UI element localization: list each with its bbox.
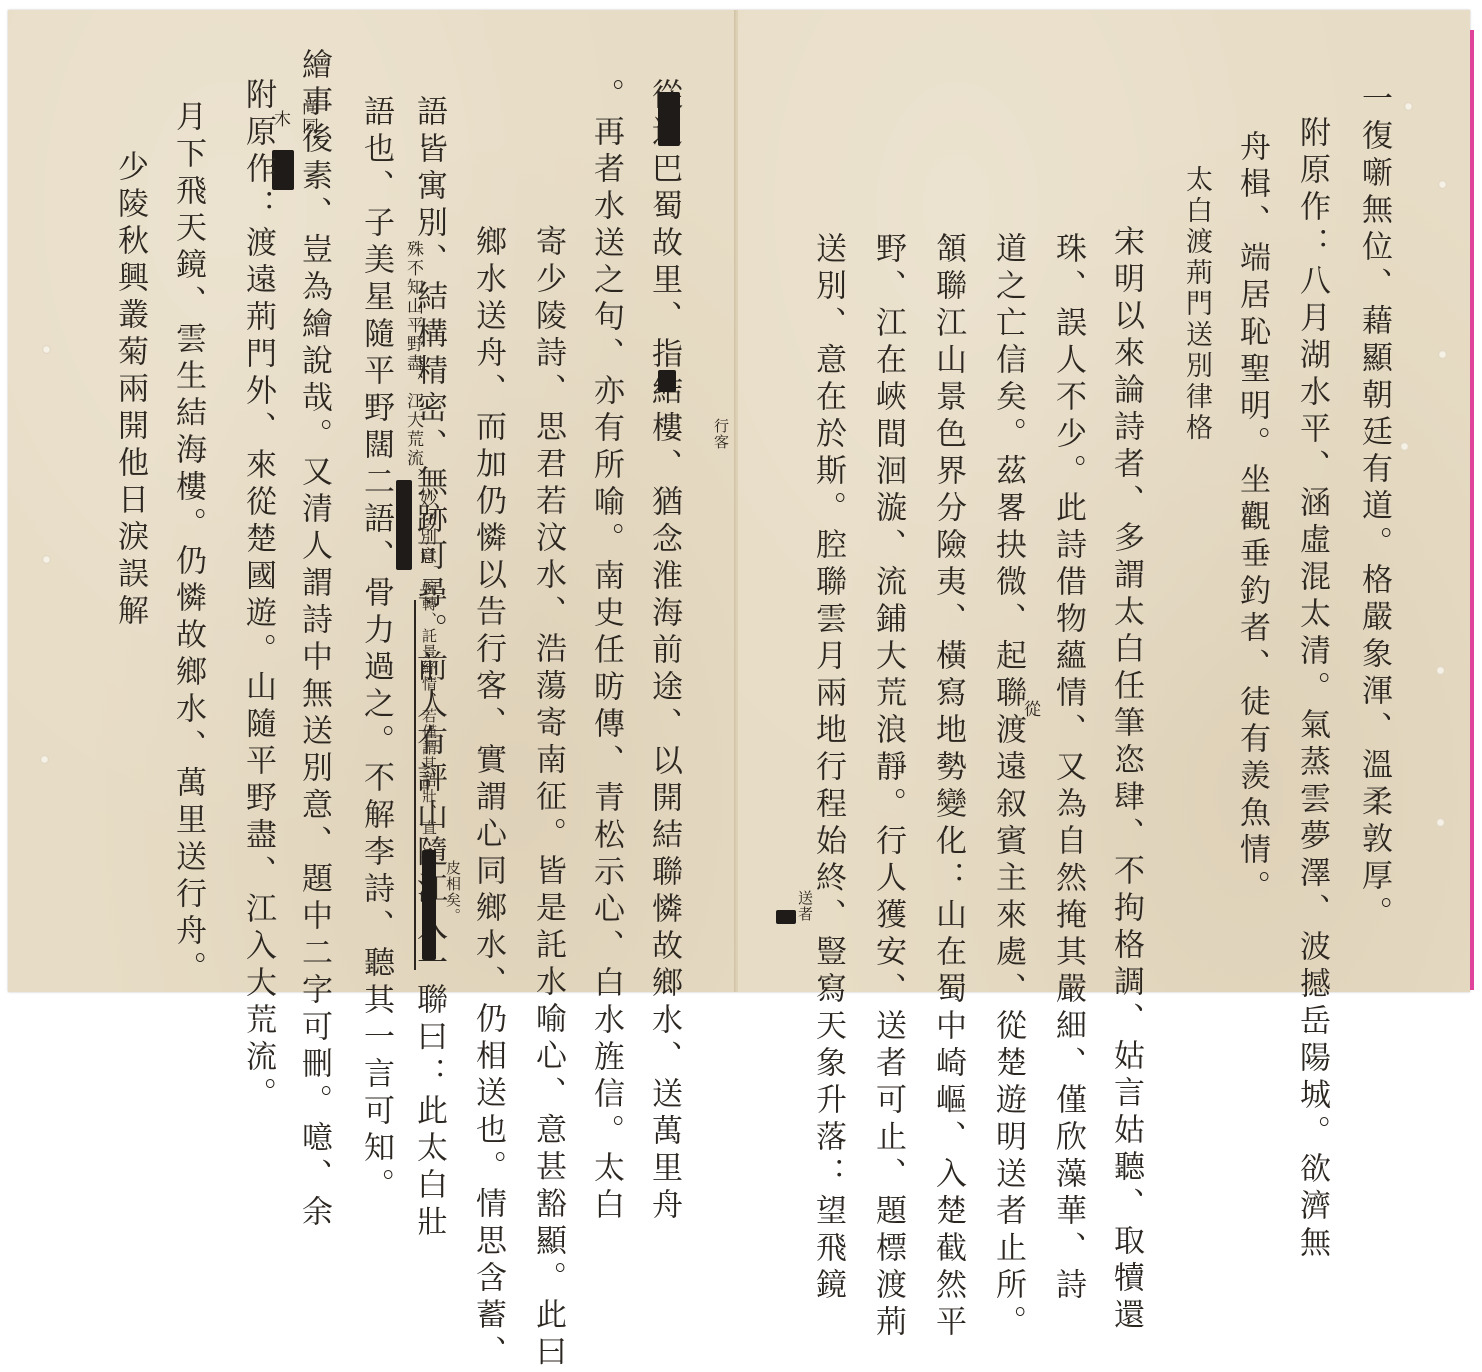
left-column-6: 語也、子美星隨平野闊二語、骨力過之。不解李詩、聽其一言可知。 [358,95,394,1000]
left-page: 從返巴蜀故里、指結樓、猶念淮海前途、以開結聯憐故鄉水、送萬里舟 行客 。再者水送… [8,10,737,992]
binding-hole [42,555,51,564]
left-column-7: 繪事後素、豈為繪說哉。又清人謂詩中無送別意、題中二字可刪。噫、余 [296,48,332,1000]
ink-blot [658,92,680,146]
right-column-10: 送別、意在於斯。腔聯雲月兩地行程始終、豎寫天象升落：望飛鏡 [810,232,846,1000]
manuscript-spread: 從返巴蜀故里、指結樓、猶念淮海前途、以開結聯憐故鄉水、送萬里舟 行客 。再者水送… [8,10,1470,992]
interlinear-note: 殊不知山平野盡、江大荒流、 [403,240,423,487]
bracket-line [414,600,416,970]
binding-hole [1404,102,1413,111]
ink-blot [422,850,436,960]
right-column-2: 附原作：八月湖水平、涵虛混太清。氣蒸雲夢澤、波撼岳陽城。欲濟無 [1294,116,1330,1000]
left-column-2: 。再者水送之句、亦有所喻。南史任昉傳、青松示心、白水旌信。太白 [588,78,624,1000]
left-column-9: 月下飛天鏡、雲生結海樓。仍憐故鄉水、萬里送行舟。 [170,100,206,988]
right-column-9: 野、江在峽間洄漩、流鋪大荒浪靜。行人獲安、送者可止、題標渡荊 [870,232,906,1000]
left-column-4: 鄉水送舟、而加仍憐以告行客、實謂心同鄉水、仍相送也。情思含蓄、 [470,225,506,1000]
right-column-8: 頷聯江山景色界分險夷、橫寫地勢變化：山在蜀中崎嶇、入楚截然平 [930,232,966,1000]
interlinear-note: 尚同 [298,98,318,136]
section-title: 太白渡荊門送別律格 [1178,165,1214,444]
right-column-5: 宋明以來論詩者、多謂太白任筆恣肆、不拘格調、姑言姑聽、取犢還 [1108,225,1144,1000]
interlinear-note: 行客 [712,418,730,450]
binding-hole [1436,666,1445,675]
binding-hole [1438,180,1447,189]
ink-blot [776,910,796,924]
binding-hole [1438,350,1447,359]
interlinear-note: 皮相矣。 [444,860,462,924]
binding-hole [1400,442,1409,451]
right-column-7: 道之亡信矣。茲畧抉微、起聯渡遠叙賓主來處、從楚遊明送者止所。 [990,232,1026,1000]
left-column-3: 寄少陵詩、思君若汶水、浩蕩寄南征。皆是託水喻心、意甚豁顯。此曰 [530,225,566,1000]
ink-blot [396,480,412,570]
ink-blot [658,370,676,392]
interlinear-note: 送者 [796,890,814,922]
left-column-1: 從返巴蜀故里、指結樓、猶念淮海前途、以開結聯憐故鄉水、送萬里舟 [646,78,682,1000]
binding-hole [1436,818,1445,827]
right-column-3: 舟楫、端居恥聖明。坐觀垂釣者、徒有羨魚情。 [1234,130,1270,907]
binding-hole [40,755,49,764]
right-page: 一復噺無位、藉顯朝廷有道。格嚴象渾、溫柔敦厚。 附原作：八月湖水平、涵虛混太清。… [738,10,1470,992]
interlinear-note: 婉轉、託景紓情、若僅謂其語壯、直 [420,580,438,836]
right-column-1: 一復噺無位、藉顯朝廷有道。格嚴象渾、溫柔敦厚。 [1356,82,1392,933]
interlinear-note: 妙在別意 [416,490,436,566]
left-column-8: 附原作：渡遠荊門外、來從楚國遊。山隨平野盡、江入大荒流。 [240,78,276,1000]
left-column-10: 少陵秋興叢菊兩開他日淚誤解 [112,150,148,631]
page-edge [1470,30,1474,990]
right-column-6: 珠、誤人不少。此詩借物蘊情、又為自然掩其嚴細、僅欣藻華、詩 [1050,232,1086,1000]
binding-hole [42,345,51,354]
interlinear-note: 從 [1020,700,1040,719]
